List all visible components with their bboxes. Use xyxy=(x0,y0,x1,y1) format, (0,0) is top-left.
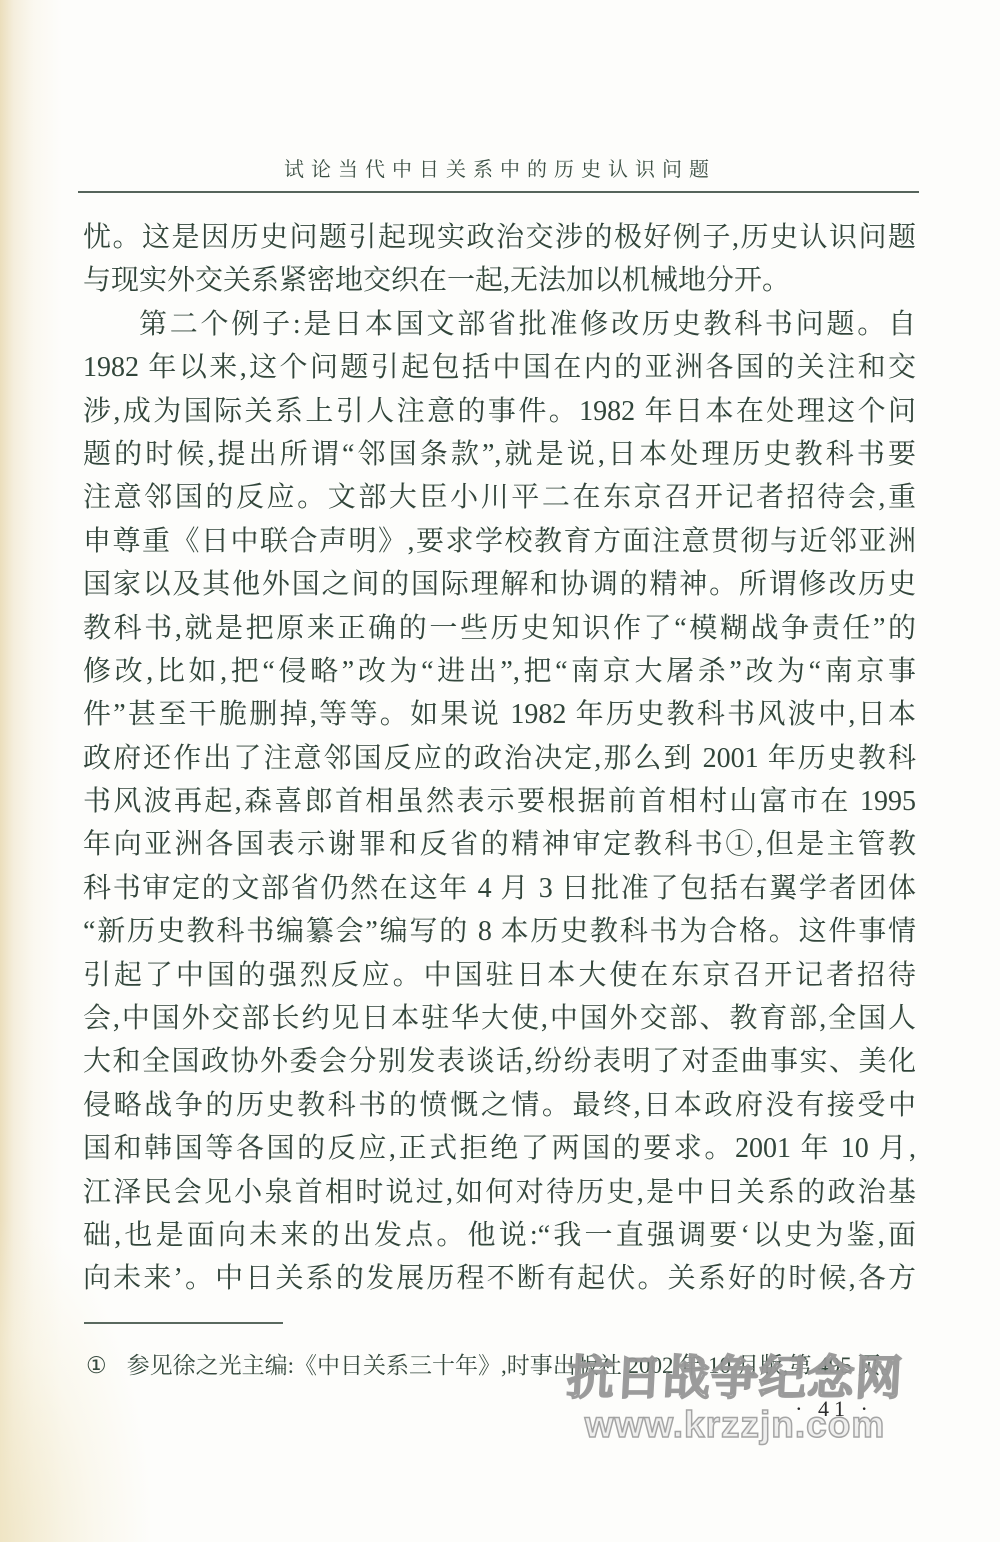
body-line: 申尊重《日中联合声明》,要求学校教育方面注意贯彻与近邻亚洲 xyxy=(83,520,916,563)
scanned-book-page: 试论当代中日关系中的历史认识问题 忧。这是因历史问题引起现实政治交涉的极好例子,… xyxy=(0,0,1000,1542)
body-text: 忧。这是因历史问题引起现实政治交涉的极好例子,历史认识问题 与现实外交关系紧密地… xyxy=(83,216,916,1301)
body-line: 国和韩国等各国的反应,正式拒绝了两国的要求。2001 年 10 月, xyxy=(83,1127,916,1170)
body-line: 侵略战争的历史教科书的愤慨之情。最终,日本政府没有接受中 xyxy=(83,1084,916,1127)
body-line: 件”甚至干脆删掉,等等。如果说 1982 年历史教科书风波中,日本 xyxy=(83,693,916,736)
footnote: ①参见徐之光主编:《中日关系三十年》,时事出版社 2002 年 10 月版,第 … xyxy=(86,1350,926,1381)
body-line: 向未来’。中日关系的发展历程不断有起伏。关系好的时候,各方 xyxy=(83,1257,916,1300)
body-line: 教科书,就是把原来正确的一些历史知识作了“模糊战争责任”的 xyxy=(83,607,916,650)
body-line: 科书审定的文部省仍然在这年 4 月 3 日批准了包括右翼学者团体 xyxy=(83,867,916,910)
footnote-text: 参见徐之光主编:《中日关系三十年》,时事出版社 2002 年 10 月版,第 4… xyxy=(127,1353,904,1378)
body-line: “新历史教科书编纂会”编写的 8 本历史教科书为合格。这件事情 xyxy=(83,910,916,953)
body-line: 涉,成为国际关系上引人注意的事件。1982 年日本在处理这个问 xyxy=(83,390,916,433)
body-line: 修改,比如,把“侵略”改为“进出”,把“南京大屠杀”改为“南京事 xyxy=(83,650,916,693)
running-header-title: 试论当代中日关系中的历史认识问题 xyxy=(0,153,1000,182)
page-number: · 41 · xyxy=(786,1396,882,1422)
body-line: 与现实外交关系紧密地交织在一起,无法加以机械地分开。 xyxy=(83,259,916,302)
body-line: 大和全国政协外委会分别发表谈话,纷纷表明了对歪曲事实、美化 xyxy=(83,1040,916,1083)
scan-edge-shadow xyxy=(0,0,64,1542)
body-line: 会,中国外交部长约见日本驻华大使,中国外交部、教育部,全国人 xyxy=(83,997,916,1040)
body-line: 1982 年以来,这个问题引起包括中国在内的亚洲各国的关注和交 xyxy=(83,346,916,389)
body-line: 题的时候,提出所谓“邻国条款”,就是说,日本处理历史教科书要 xyxy=(83,433,916,476)
body-line: 注意邻国的反应。文部大臣小川平二在东京召开记者招待会,重 xyxy=(83,476,916,519)
footnote-divider xyxy=(84,1322,283,1324)
footnote-marker: ① xyxy=(86,1353,107,1378)
body-line: 第二个例子:是日本国文部省批准修改历史教科书问题。自 xyxy=(83,303,916,346)
body-line: 书风波再起,森喜郎首相虽然表示要根据前首相村山富市在 1995 xyxy=(83,780,916,823)
body-line: 政府还作出了注意邻国反应的政治决定,那么到 2001 年历史教科 xyxy=(83,737,916,780)
body-line: 础,也是面向未来的出发点。他说:“我一直强调要‘以史为鉴,面 xyxy=(83,1214,916,1257)
header-divider xyxy=(78,191,919,193)
body-line: 引起了中国的强烈反应。中国驻日本大使在东京召开记者招待 xyxy=(83,954,916,997)
body-line: 忧。这是因历史问题引起现实政治交涉的极好例子,历史认识问题 xyxy=(83,216,916,259)
body-line: 年向亚洲各国表示谢罪和反省的精神审定教科书①,但是主管教 xyxy=(83,823,916,866)
body-line: 江泽民会见小泉首相时说过,如何对待历史,是中日关系的政治基 xyxy=(83,1171,916,1214)
body-line: 国家以及其他外国之间的国际理解和协调的精神。所谓修改历史 xyxy=(83,563,916,606)
